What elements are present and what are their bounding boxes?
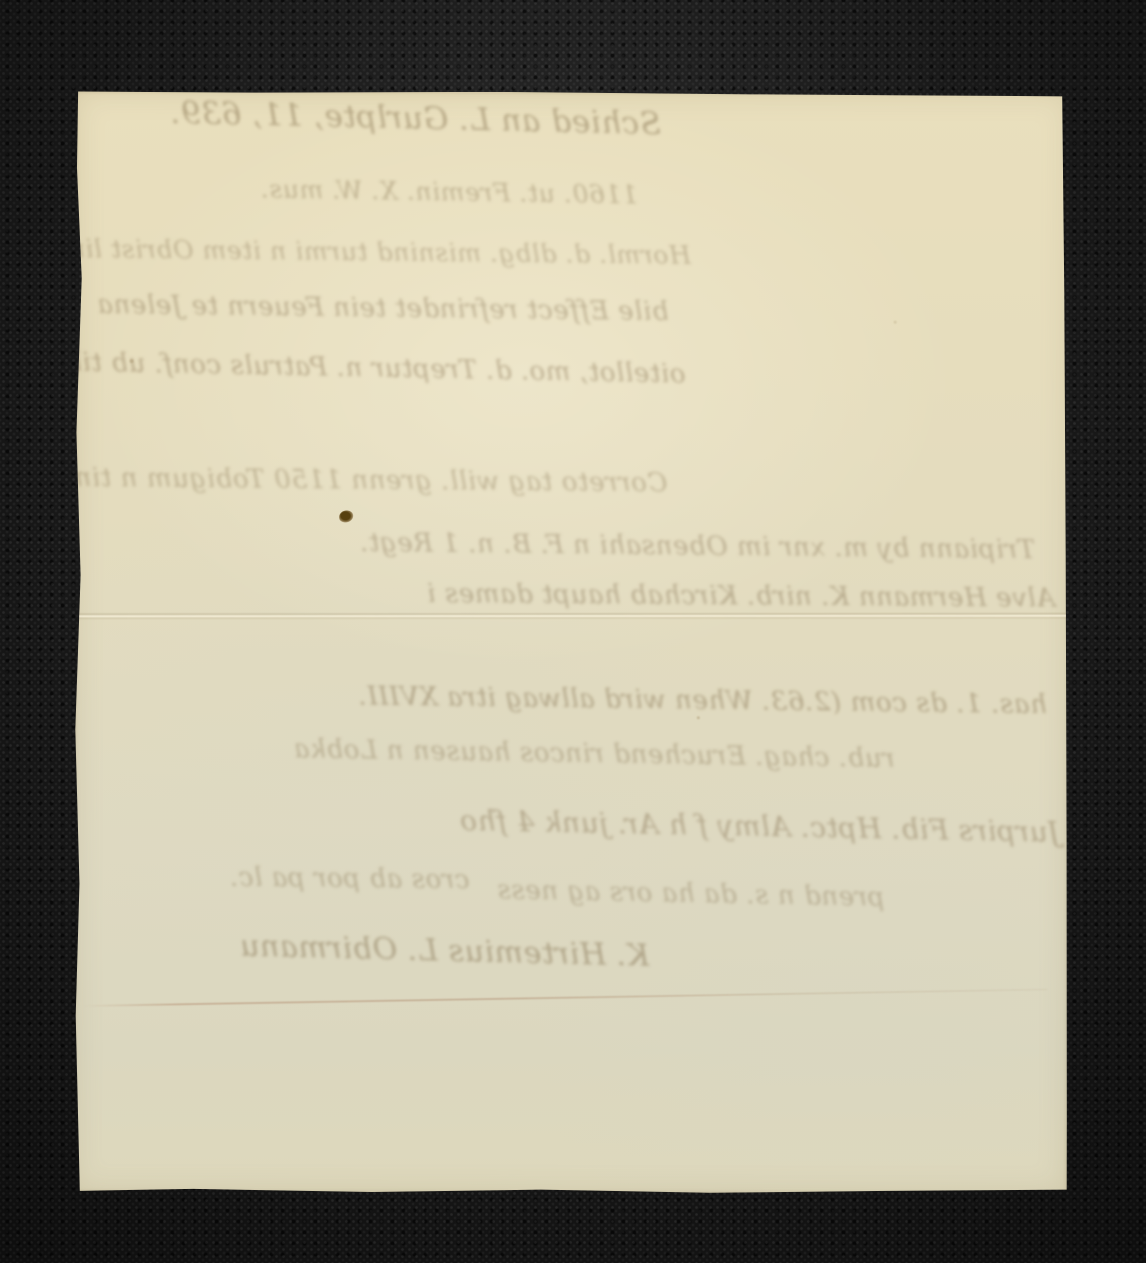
bleedthrough-handwriting-line: Horml. d. dlbg. misnind turmi n item Obr… <box>101 236 691 269</box>
manuscript-leaf-verso: Schied an L. Gurlpte, 11, 639.1160. ut. … <box>74 91 1069 1194</box>
bleedthrough-handwriting-line: K. Hirtemius L. Obirmanu <box>74 926 650 972</box>
bleedthrough-handwriting-line: rub. chag. Eruchend rincos hausen n Lobk… <box>150 734 895 773</box>
bleedthrough-handwriting-line: Jurpirs Fib. Hptc. Almy f h Ar. junk 4 f… <box>74 798 1059 847</box>
horizontal-fold-crease <box>75 613 1068 621</box>
bleedthrough-handwriting-line: oitellot, mo. d. Treptur n. Patruls conf… <box>85 350 685 389</box>
bleedthrough-handwriting-line: Tripiann by m. xnr im Obensahi n F. B. n… <box>85 527 1035 565</box>
bleedthrough-handwriting-line: has. 1. ds com (2.63. When wird allwag i… <box>87 680 1047 719</box>
paper-speck <box>130 359 134 363</box>
bleedthrough-handwriting-line: Correto tag will. grenn 1150 Tobigum n t… <box>77 465 667 498</box>
bleedthrough-handwriting-line: 1160. ut. Fremin. X. W. mus. <box>308 177 638 209</box>
bleedthrough-handwriting-line: bile Effect refrindet tein Feuern te Jel… <box>134 292 669 326</box>
paper-speck <box>697 716 700 719</box>
bleedthrough-handwriting-line: Alve Hermann K. nirb. Kirchab haupt dame… <box>90 578 1055 612</box>
bleedthrough-text-layer: Schied an L. Gurlpte, 11, 639.1160. ut. … <box>74 91 1069 1194</box>
paper-speck <box>894 321 897 324</box>
bleedthrough-handwriting-line: prend n s. da ha ors ag ness <box>414 876 884 912</box>
scan-stage: Schied an L. Gurlpte, 11, 639.1160. ut. … <box>0 0 1146 1263</box>
bleedthrough-handwriting-line: Schied an L. Gurlpte, 11, 639. <box>289 100 662 141</box>
